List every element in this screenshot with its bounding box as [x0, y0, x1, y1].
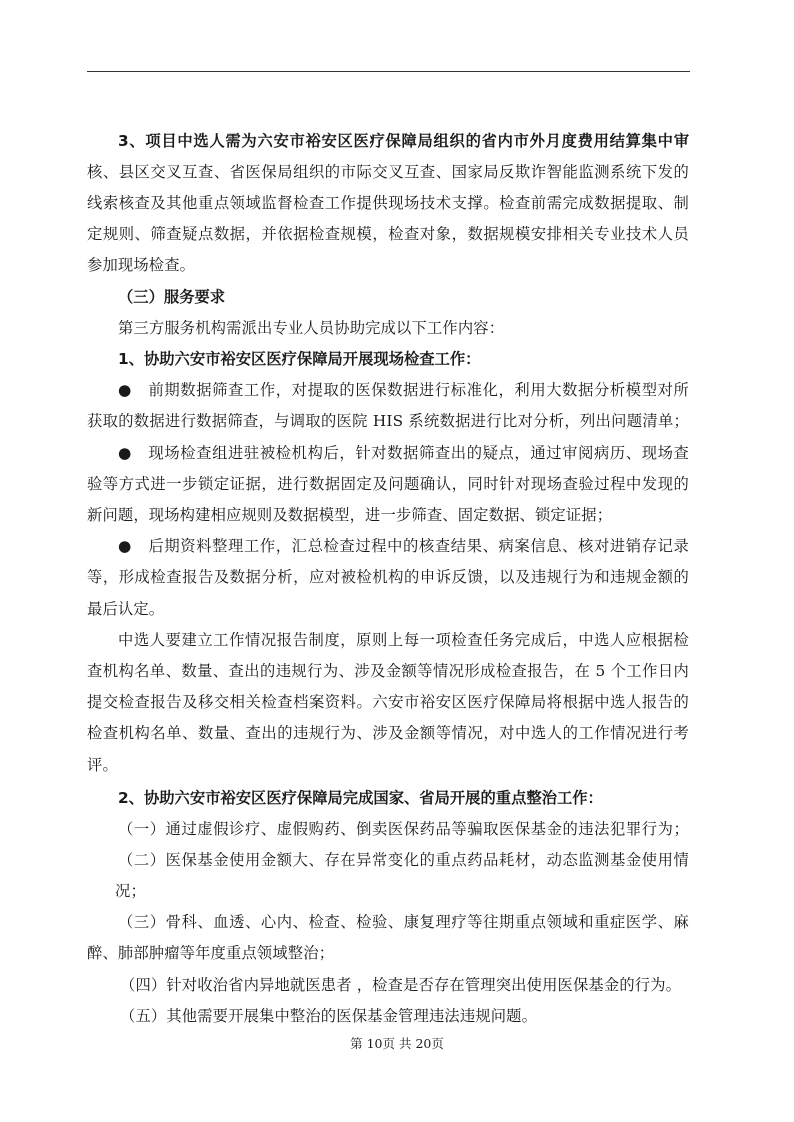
bullet-icon: ●: [118, 438, 148, 469]
paragraph-3-line-2: 核、县区交叉互查、省医保局组织的市际交叉互查、国家局反欺诈智能监测系统下发的: [87, 157, 689, 188]
bullet-icon: ●: [118, 375, 148, 406]
report-line-3: 提交检查报告及移交相关检查档案资料。六安市裕安区医疗保障局将根据中选人报告的: [87, 687, 689, 718]
bullet-3-line-2: 等，形成检查报告及数据分析，应对被检机构的申诉反馈，以及违规行为和违规金额的: [87, 562, 689, 593]
paragraph-3-line-5: 参加现场检查。: [87, 250, 195, 281]
bullet-1-text: 前期数据筛查工作，对提取的医保数据进行标准化，利用大数据分析模型对所: [148, 381, 689, 399]
report-line-5: 评。: [87, 750, 118, 781]
item-2-heading: 2、协助六安市裕安区医疗保障局完成国家、省局开展的重点整治工作：: [118, 783, 603, 814]
sub-item-2-line-2: 况；: [115, 876, 146, 907]
sub-item-2-line-1: （二）医保基金使用金额大、存在异常变化的重点药品耗材，动态监测基金使用情: [118, 845, 689, 876]
section-heading: （三）服务要求: [118, 282, 225, 313]
bullet-3-line-1: ●后期资料整理工作，汇总检查过程中的核查结果、病案信息、核对进销存记录: [118, 531, 689, 562]
report-line-4: 检查机构名单、数量、查出的违规行为、涉及金额等情况，对中选人的工作情况进行考: [87, 718, 689, 749]
report-line-2: 查机构名单、数量、查出的违规行为、涉及金额等情况形成检查报告，在 5 个工作日内: [87, 656, 689, 687]
bullet-2-text: 现场检查组进驻被检机构后，针对数据筛查出的疑点，通过审阅病历、现场查: [148, 444, 689, 462]
bullet-3-text: 后期资料整理工作，汇总检查过程中的核查结果、病案信息、核对进销存记录: [148, 537, 689, 555]
bullet-2-line-1: ●现场检查组进驻被检机构后，针对数据筛查出的疑点，通过审阅病历、现场查: [118, 438, 689, 469]
bullet-3-line-3: 最后认定。: [87, 594, 164, 625]
bullet-2-line-2: 验等方式进一步锁定证据，进行数据固定及问题确认，同时针对现场查验过程中发现的: [87, 469, 689, 500]
bullet-1-line-2: 获取的数据进行数据筛查，与调取的医院 HIS 系统数据进行比对分析，列出问题清单…: [87, 406, 689, 437]
page-footer: 第 10页 共 20页: [0, 1034, 794, 1052]
paragraph-3-line-1-text: 3、项目中选人需为六安市裕安区医疗保障局组织的省内市外月度费用结算集中审: [118, 132, 689, 150]
header-rule: [87, 71, 690, 72]
intro-text: 第三方服务机构需派出专业人员协助完成以下工作内容：: [118, 313, 504, 344]
report-line-1: 中选人要建立工作情况报告制度，原则上每一项检查任务完成后，中选人应根据检: [118, 625, 689, 656]
paragraph-3-line-4: 定规则、筛查疑点数据，并依据检查规模，检查对象，数据规模安排相关专业技术人员: [87, 219, 689, 250]
bullet-icon: ●: [118, 531, 148, 562]
bullet-1-line-1: ●前期数据筛查工作，对提取的医保数据进行标准化，利用大数据分析模型对所: [118, 375, 689, 406]
sub-item-1-line-1: （一）通过虚假诊疗、虚假购药、倒卖医保药品等骗取医保基金的违法犯罪行为；: [118, 814, 689, 845]
document-page: 3、项目中选人需为六安市裕安区医疗保障局组织的省内市外月度费用结算集中审 核、县…: [0, 0, 794, 1122]
paragraph-3-line-3: 线索核查及其他重点领域监督检查工作提供现场技术支撑。检查前需完成数据提取、制: [87, 188, 689, 219]
sub-item-3-line-2: 醉、肺部肿瘤等年度重点领域整治；: [87, 938, 334, 969]
paragraph-3-line-1: 3、项目中选人需为六安市裕安区医疗保障局组织的省内市外月度费用结算集中审: [118, 126, 689, 157]
sub-item-5-line-1: （五）其他需要开展集中整治的医保基金管理违法违规问题。: [120, 1001, 537, 1032]
sub-item-4-line-1: （四）针对收治省内异地就医患者 ，检查是否存在管理突出使用医保基金的行为。: [120, 970, 681, 1001]
sub-item-3-line-1: （三）骨科、血透、心内、检查、检验、康复理疗等往期重点领域和重症医学、麻: [118, 907, 689, 938]
bullet-2-line-3: 新问题，现场构建相应规则及数据模型，进一步筛查、固定数据、锁定证据；: [87, 500, 612, 531]
item-1-heading: 1、协助六安市裕安区医疗保障局开展现场检查工作：: [118, 344, 480, 375]
